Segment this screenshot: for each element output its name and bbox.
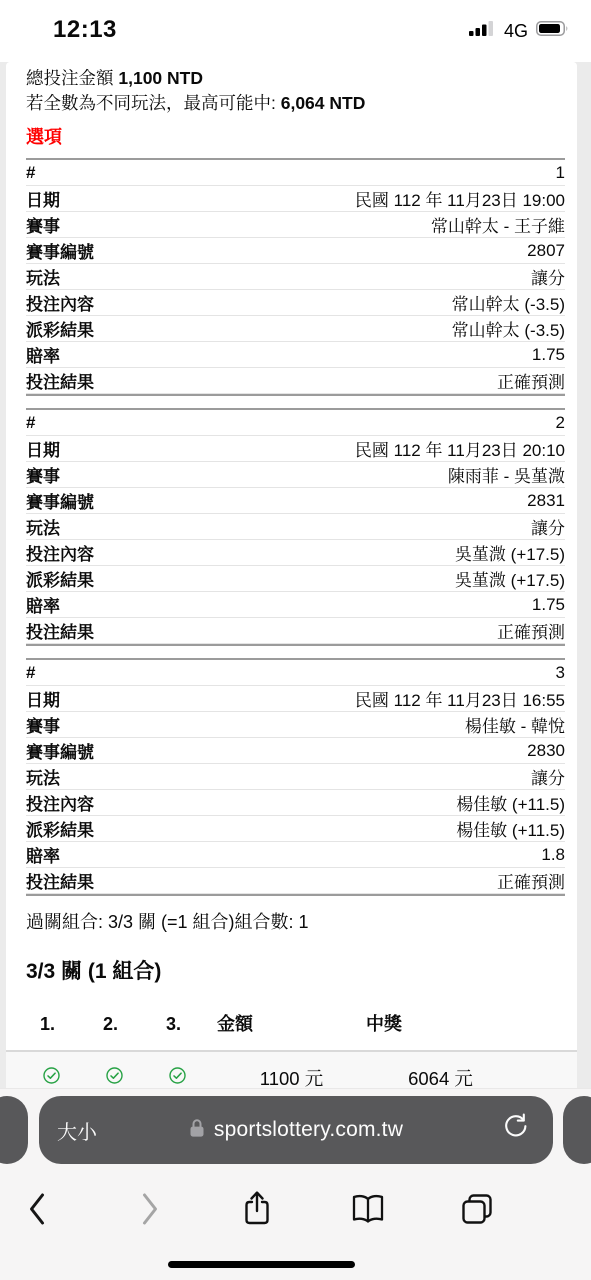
max-win-line: 若全數為不同玩法，最高可能中: 6,064 NTD: [26, 91, 565, 116]
combos-header: 1. 2. 3. 金額 中獎: [26, 1011, 565, 1037]
parlay-combo-line: 過關組合: 3/3 關 (=1 組合)組合數: 1: [26, 910, 565, 934]
combos-col-1: 1.: [40, 1011, 103, 1037]
bet-table-2: #2 日期民國 112 年 11月23日 20:10 賽事陳雨菲 - 吳堇溦 賽…: [26, 408, 565, 646]
table-row: 賽事編號2831: [26, 488, 565, 514]
table-row: #1: [26, 160, 565, 186]
cellular-signal-icon: [469, 20, 496, 42]
table-row: 日期民國 112 年 11月23日 19:00: [26, 186, 565, 212]
combos-col-3: 3.: [166, 1011, 217, 1037]
table-row: 投注內容吳堇溦 (+17.5): [26, 540, 565, 566]
table-row: 玩法讓分: [26, 514, 565, 540]
table-row: 賽事編號2807: [26, 238, 565, 264]
parlay-heading: 3/3 關 (1 組合): [26, 957, 565, 987]
browser-chrome: 大小 sportslottery.com.tw: [0, 1088, 591, 1280]
total-bet-value: 1,100 NTD: [118, 68, 203, 88]
home-indicator[interactable]: [168, 1261, 355, 1268]
lock-icon: [189, 1118, 205, 1143]
table-row: 賽事陳雨菲 - 吳堇溦: [26, 462, 565, 488]
bet-table-1: #1 日期民國 112 年 11月23日 19:00 賽事常山幹太 - 王子維 …: [26, 158, 565, 396]
bet-table-3: #3 日期民國 112 年 11月23日 16:55 賽事楊佳敏 - 韓悅 賽事…: [26, 658, 565, 896]
adjacent-tab-stub-right[interactable]: [563, 1096, 591, 1164]
table-row: 派彩結果吳堇溦 (+17.5): [26, 566, 565, 592]
max-win-value: 6,064 NTD: [281, 93, 366, 113]
table-row: 賽事楊佳敏 - 韓悅: [26, 712, 565, 738]
url-text[interactable]: sportslottery.com.tw: [214, 1118, 403, 1142]
combos-col-2: 2.: [103, 1011, 166, 1037]
combo-amount: 1100 元: [217, 1065, 366, 1088]
status-bar: 12:13 4G: [0, 0, 591, 62]
table-row: #3: [26, 660, 565, 686]
total-bet-line: 總投注金額 1,100 NTD: [26, 66, 565, 91]
table-row: 日期民國 112 年 11月23日 20:10: [26, 436, 565, 462]
combos-table: 1. 2. 3. 金額 中獎 1100 元 6064 元: [26, 1011, 565, 1088]
table-row: 投注結果正確預測: [26, 868, 565, 894]
check-circle-icon: [43, 1067, 60, 1088]
combos-row: 1100 元 6064 元: [6, 1050, 577, 1088]
table-row: 派彩結果楊佳敏 (+11.5): [26, 816, 565, 842]
table-row: 賠率1.75: [26, 592, 565, 618]
check-circle-icon: [169, 1067, 186, 1088]
back-button[interactable]: [9, 1181, 65, 1237]
clock: 12:13: [53, 16, 117, 44]
max-win-label: 若全數為不同玩法，最高可能中:: [26, 93, 281, 113]
address-bar[interactable]: 大小 sportslottery.com.tw: [39, 1096, 553, 1164]
table-row: 投注內容楊佳敏 (+11.5): [26, 790, 565, 816]
forward-button[interactable]: [122, 1181, 178, 1237]
table-row: 玩法讓分: [26, 264, 565, 290]
total-bet-label: 總投注金額: [26, 68, 118, 88]
page-content: 總投注金額 1,100 NTD 若全數為不同玩法，最高可能中: 6,064 NT…: [6, 62, 577, 1088]
adjacent-tab-stub-left[interactable]: [0, 1096, 28, 1164]
web-page-area: 總投注金額 1,100 NTD 若全數為不同玩法，最高可能中: 6,064 NT…: [0, 62, 591, 1088]
network-type-label: 4G: [504, 21, 528, 42]
reload-button[interactable]: [501, 1110, 531, 1147]
table-row: 賠率1.75: [26, 342, 565, 368]
tabs-icon[interactable]: [449, 1181, 505, 1237]
table-row: 日期民國 112 年 11月23日 16:55: [26, 686, 565, 712]
combos-col-amount: 金額: [217, 1011, 366, 1037]
table-row: #2: [26, 410, 565, 436]
check-circle-icon: [106, 1067, 123, 1088]
table-row: 投注內容常山幹太 (-3.5): [26, 290, 565, 316]
table-row: 投注結果正確預測: [26, 368, 565, 394]
battery-icon: [536, 20, 569, 42]
options-link[interactable]: 選項: [26, 125, 62, 149]
combo-win: 6064 元: [366, 1065, 515, 1088]
bookmarks-icon[interactable]: [340, 1181, 396, 1237]
table-row: 賽事常山幹太 - 王子維: [26, 212, 565, 238]
table-row: 玩法讓分: [26, 764, 565, 790]
table-row: 賠率1.8: [26, 842, 565, 868]
table-row: 投注結果正確預測: [26, 618, 565, 644]
combos-col-win: 中獎: [366, 1011, 565, 1037]
table-row: 派彩結果常山幹太 (-3.5): [26, 316, 565, 342]
share-icon[interactable]: [229, 1181, 285, 1237]
table-row: 賽事編號2830: [26, 738, 565, 764]
